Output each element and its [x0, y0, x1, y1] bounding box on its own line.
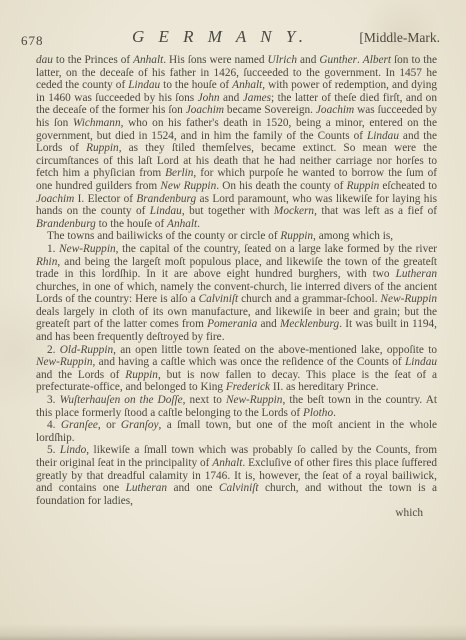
list-item-4-gransee: 4. Granſee, or Granſoy, a ſmall town, bu…: [36, 419, 437, 444]
list-item-2-old-ruppin: 2. Old-Ruppin, an open little town ſeate…: [36, 344, 437, 394]
running-head-title: G E R M A N Y.: [132, 27, 308, 47]
running-head: 678 G E R M A N Y. [Middle-Mark.: [0, 27, 466, 51]
list-item-5-lindo: 5. Lindo, likewiſe a ſmall town which wa…: [36, 444, 437, 507]
list-item-1-new-ruppin: 1. New-Ruppin, the capital of the countr…: [36, 243, 437, 344]
running-head-section: [Middle-Mark.: [359, 30, 440, 46]
page-number: 678: [21, 33, 44, 49]
paragraph-continuation: dau to the Princes of Anhalt. His ſons w…: [36, 54, 437, 230]
list-item-3-wusterhausen: 3. Wuſterhauſen on the Doſſe, next to Ne…: [36, 394, 437, 419]
catchword: which: [36, 507, 437, 520]
book-page-scan: 678 G E R M A N Y. [Middle-Mark. dau to …: [0, 0, 466, 640]
page-body: dau to the Princes of Anhalt. His ſons w…: [36, 54, 437, 520]
paragraph-towns-intro: The towns and bailiwicks of the county o…: [36, 230, 437, 243]
